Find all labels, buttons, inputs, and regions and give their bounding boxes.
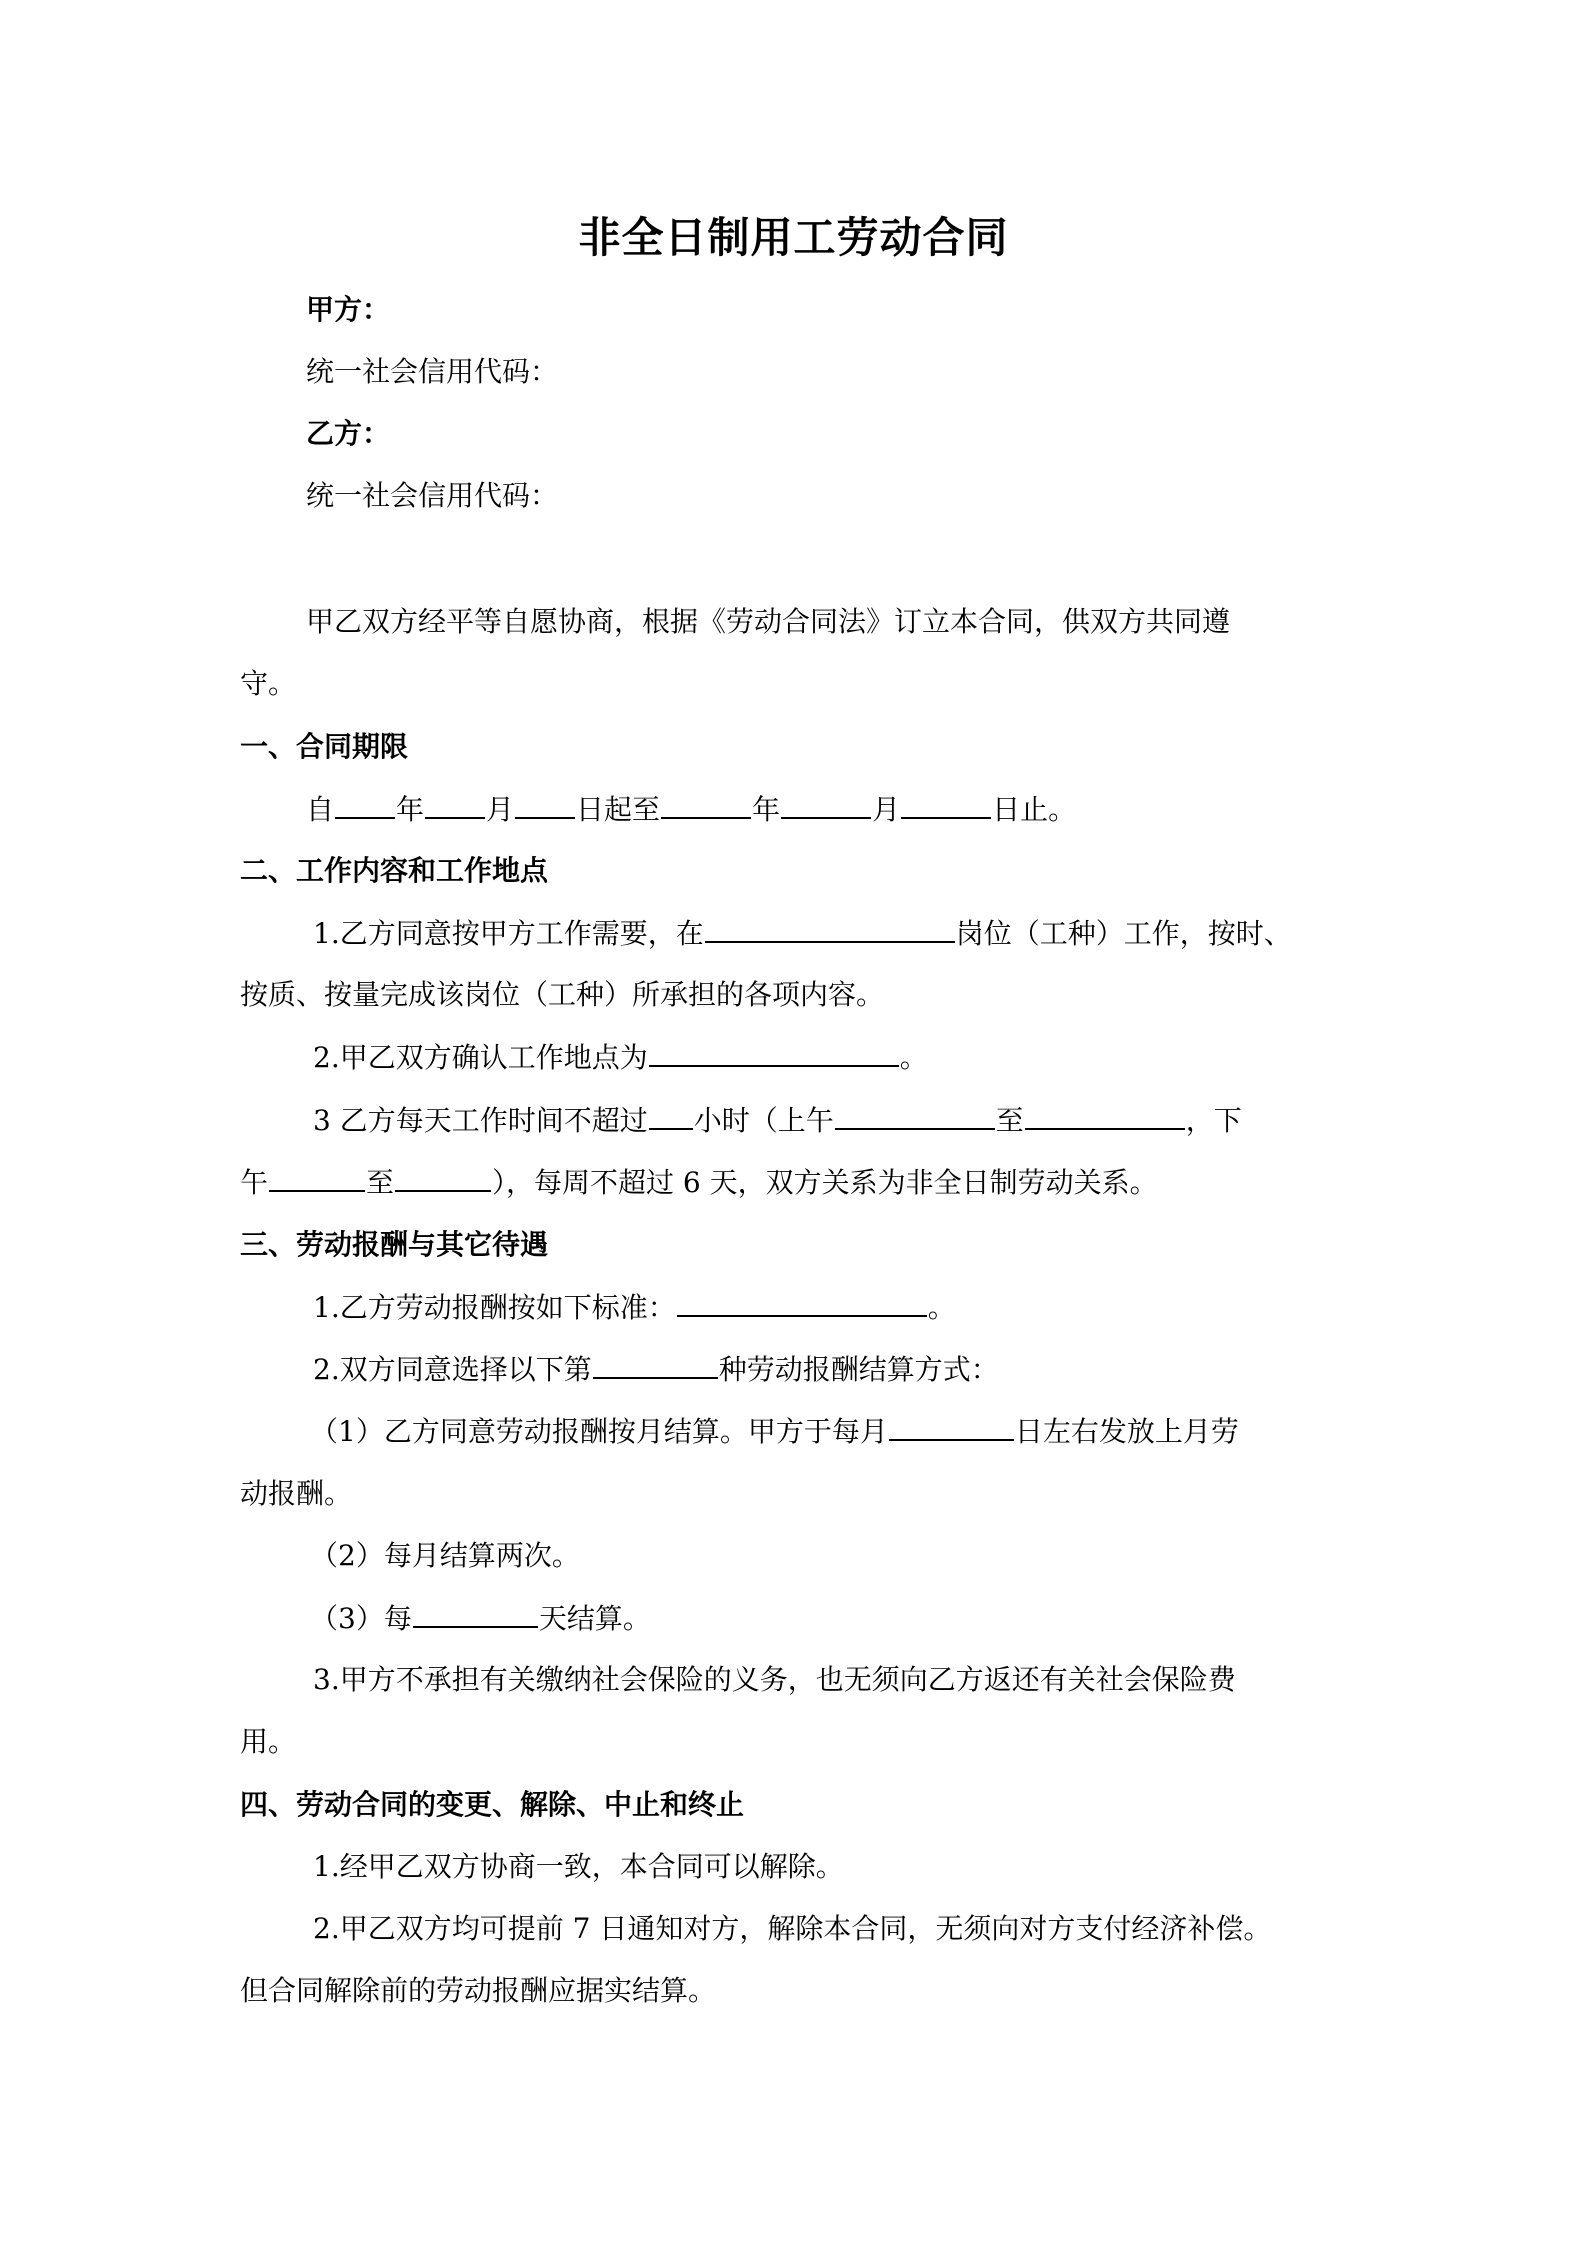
text: 午 (240, 1166, 268, 1199)
text: 2.双方同意选择以下第 (313, 1353, 592, 1386)
text: 1.乙方同意按甲方工作需要，在 (313, 917, 704, 950)
text: 岗位（工种）工作，按时、 (956, 917, 1292, 950)
settlement-option-1: （1）乙方同意劳动报酬按月结算。甲方于每月日左右发放上月劳 (310, 1411, 1239, 1452)
section-2-item-1: 1.乙方同意按甲方工作需要，在岗位（工种）工作，按时、 (313, 913, 1292, 954)
work-location-blank[interactable] (649, 1037, 899, 1067)
settlement-option-3: （3）每天结算。 (310, 1598, 651, 1639)
text: 月 (486, 793, 514, 826)
section-2-item-3-line-2: 午至），每周不超过 6 天，双方关系为非全日制劳动关系。 (240, 1162, 1158, 1203)
text: 月 (872, 793, 900, 826)
contract-term-line: 自年月日起至年月日止。 (306, 789, 1076, 830)
start-year-blank[interactable] (335, 789, 395, 819)
party-a-credit-code-label: 统一社会信用代码： (306, 352, 558, 392)
end-month-blank[interactable] (781, 789, 871, 819)
party-b-credit-code-label: 统一社会信用代码： (306, 476, 558, 516)
hours-blank[interactable] (649, 1100, 693, 1130)
start-month-blank[interactable] (425, 789, 485, 819)
text: ），每周不超过 6 天，双方关系为非全日制劳动关系。 (492, 1166, 1158, 1199)
end-day-blank[interactable] (901, 789, 991, 819)
end-year-blank[interactable] (661, 789, 751, 819)
section-2-item-3: 3 乙方每天工作时间不超过小时（上午至，下 (313, 1100, 1242, 1141)
settlement-option-2: （2）每月结算两次。 (310, 1536, 580, 1576)
section-2-heading: 二、工作内容和工作地点 (240, 851, 548, 891)
section-3-item-3-line-2: 用。 (240, 1722, 296, 1762)
text: 年 (752, 793, 780, 826)
settlement-days-blank[interactable] (413, 1598, 538, 1628)
text: 天结算。 (539, 1602, 651, 1635)
section-3-item-2: 2.双方同意选择以下第种劳动报酬结算方式： (313, 1349, 999, 1390)
preamble-line-1: 甲乙双方经平等自愿协商，根据《劳动合同法》订立本合同，供双方共同遵 (306, 602, 1230, 642)
position-blank[interactable] (705, 913, 955, 943)
start-day-blank[interactable] (515, 789, 575, 819)
document-title: 非全日制用工劳动合同 (0, 205, 1587, 265)
text: 种劳动报酬结算方式： (719, 1353, 999, 1386)
text: 日起至 (576, 793, 660, 826)
text: 1.乙方劳动报酬按如下标准： (313, 1291, 676, 1324)
section-4-item-1: 1.经甲乙双方协商一致，本合同可以解除。 (313, 1847, 844, 1887)
text: 日止。 (992, 793, 1076, 826)
text: 2.甲乙双方确认工作地点为 (313, 1041, 648, 1074)
text: 。 (928, 1291, 956, 1324)
text: 3 乙方每天工作时间不超过 (313, 1104, 648, 1137)
section-4-heading: 四、劳动合同的变更、解除、中止和终止 (240, 1785, 744, 1825)
text: 年 (396, 793, 424, 826)
text: 至 (366, 1166, 394, 1199)
text: 至 (996, 1104, 1024, 1137)
settlement-option-1-line-2: 动报酬。 (240, 1474, 352, 1514)
pay-day-blank[interactable] (889, 1411, 1014, 1441)
afternoon-start-blank[interactable] (269, 1162, 365, 1192)
section-4-item-2: 2.甲乙双方均可提前 7 日通知对方，解除本合同，无须向对方支付经济补偿。 (313, 1909, 1271, 1949)
text: 日左右发放上月劳 (1015, 1415, 1239, 1448)
contract-page: 非全日制用工劳动合同 甲方： 统一社会信用代码： 乙方： 统一社会信用代码： 甲… (0, 0, 1587, 2245)
text: 小时（上午 (694, 1104, 834, 1137)
text: （3）每 (310, 1602, 412, 1635)
section-3-heading: 三、劳动报酬与其它待遇 (240, 1225, 548, 1265)
section-4-item-2-line-2: 但合同解除前的劳动报酬应据实结算。 (240, 1971, 716, 2011)
text: （1）乙方同意劳动报酬按月结算。甲方于每月 (310, 1415, 888, 1448)
party-a-label: 甲方： (306, 290, 390, 330)
text: ，下 (1186, 1104, 1242, 1137)
section-1-heading: 一、合同期限 (240, 727, 408, 767)
text: 自 (306, 793, 334, 826)
party-b-label: 乙方： (306, 414, 390, 454)
section-2-item-1-line-2: 按质、按量完成该岗位（工种）所承担的各项内容。 (240, 975, 884, 1015)
morning-start-blank[interactable] (835, 1100, 995, 1130)
morning-end-blank[interactable] (1025, 1100, 1185, 1130)
section-2-item-2: 2.甲乙双方确认工作地点为。 (313, 1037, 928, 1078)
section-3-item-1: 1.乙方劳动报酬按如下标准：。 (313, 1287, 956, 1328)
afternoon-end-blank[interactable] (395, 1162, 491, 1192)
pay-standard-blank[interactable] (677, 1287, 927, 1317)
text: 。 (900, 1041, 928, 1074)
settlement-option-blank[interactable] (593, 1349, 718, 1379)
section-3-item-3: 3.甲方不承担有关缴纳社会保险的义务，也无须向乙方返还有关社会保险费 (313, 1660, 1236, 1700)
preamble-line-2: 守。 (240, 664, 296, 704)
